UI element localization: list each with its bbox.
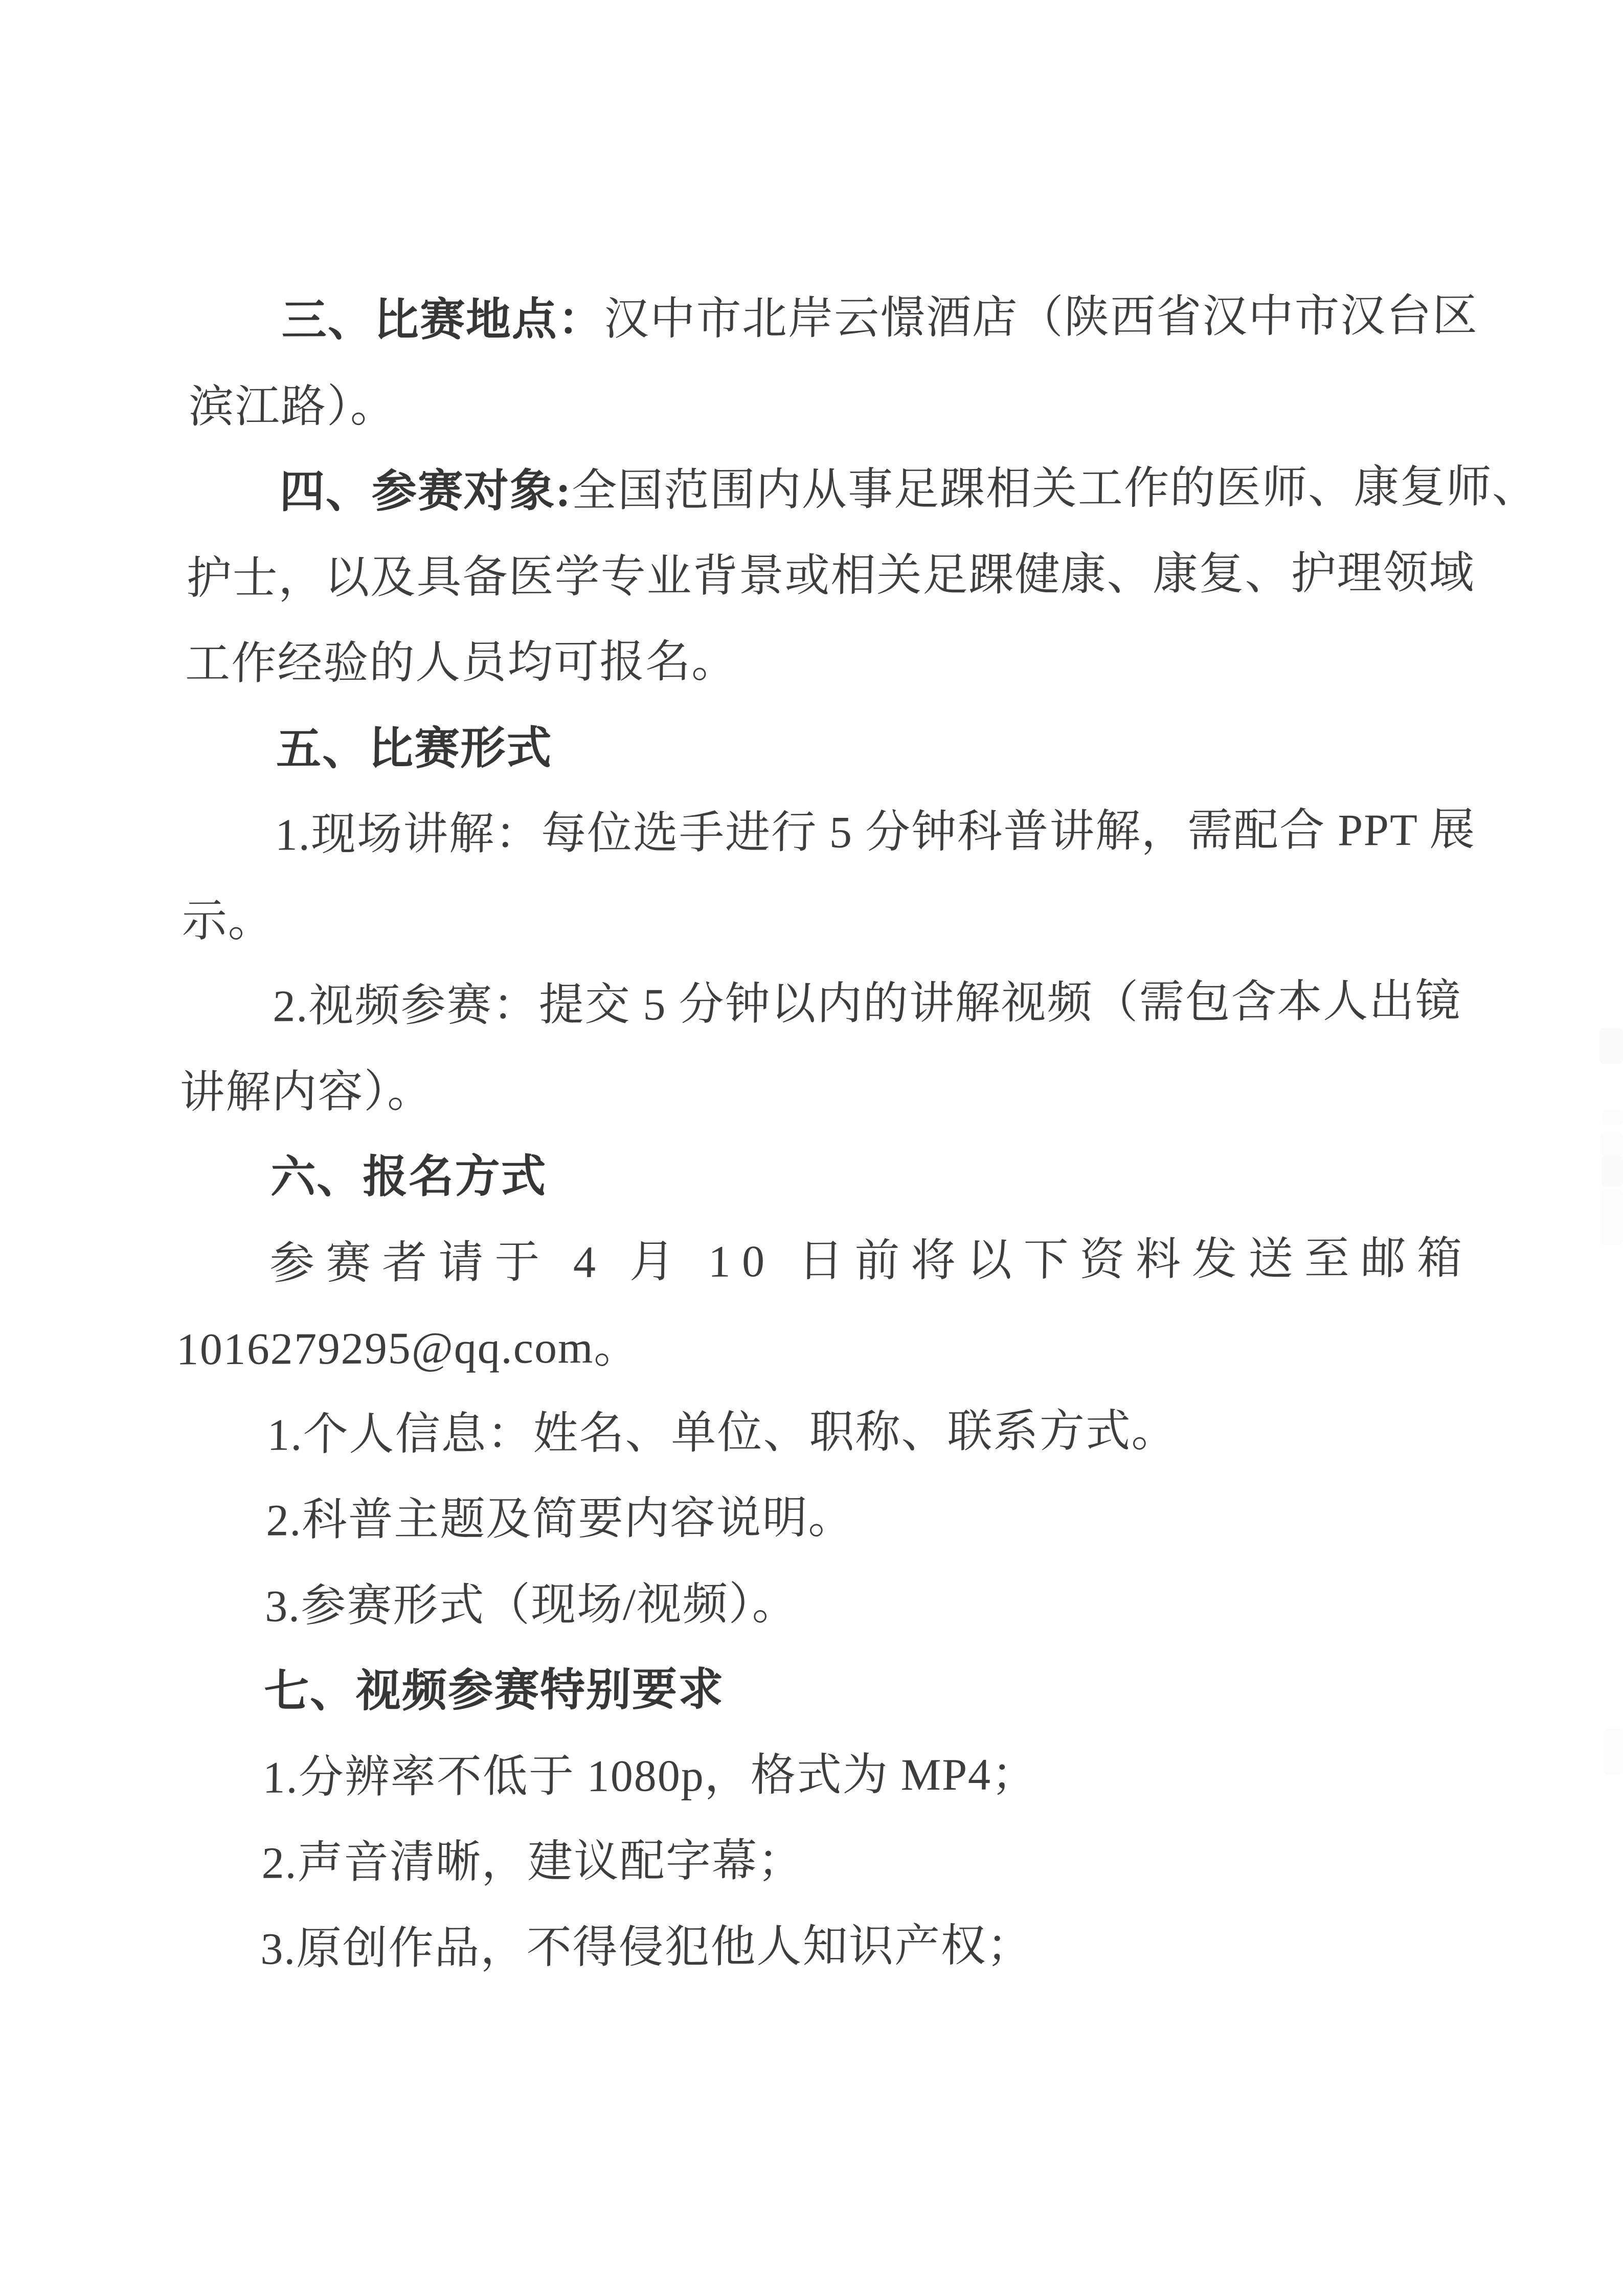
doc-line: 五、比赛形式 bbox=[276, 706, 553, 793]
line-text: 3.参赛形式（现场/视频）。 bbox=[265, 1579, 799, 1632]
line-text: 护士，以及具备医学专业背景或相关足踝健康、康复、护理领域 bbox=[186, 548, 1475, 604]
doc-line: 三、比赛地点：汉中市北岸云憬酒店（陕西省汉中市汉台区 bbox=[281, 273, 1479, 364]
scan-artifact bbox=[1601, 1133, 1623, 1156]
doc-line: 滨江路）。 bbox=[188, 364, 397, 451]
scan-artifact bbox=[1601, 1189, 1623, 1245]
line-text: 2.声音清晰，建议配字幕； bbox=[261, 1836, 804, 1888]
line-text: 讲解内容）。 bbox=[179, 1067, 434, 1118]
line-text: 1.个人信息：姓名、单位、职称、联系方式。 bbox=[267, 1407, 1178, 1460]
scanned-document-page: 三、比赛地点：汉中市北岸云憬酒店（陕西省汉中市汉台区 滨江路）。 四、参赛对象:… bbox=[0, 0, 1623, 2296]
doc-line: 1.分辨率不低于 1080p，格式为 MP4； bbox=[262, 1732, 1038, 1821]
doc-line: 3.参赛形式（现场/视频）。 bbox=[264, 1562, 799, 1650]
doc-line: 工作经验的人员均可报名。 bbox=[185, 619, 738, 708]
scan-artifact bbox=[1599, 1028, 1623, 1064]
document-text-block: 三、比赛地点：汉中市北岸云憬酒店（陕西省汉中市汉台区 滨江路）。 四、参赛对象:… bbox=[0, 0, 1623, 2296]
email-address: 1016279295@qq.com。 bbox=[176, 1323, 640, 1374]
doc-line: 3.原创作品，不得侵犯他人知识产权； bbox=[260, 1903, 1033, 1993]
line-text: 参赛者请于 4 月 10 日前将以下资料发送至邮箱 bbox=[269, 1234, 1473, 1288]
line-text: 工作经验的人员均可报名。 bbox=[185, 637, 738, 689]
doc-line: 护士，以及具备医学专业背景或相关足踝健康、康复、护理领域 bbox=[186, 530, 1476, 622]
line-text: 汉中市北岸云憬酒店（陕西省汉中市汉台区 bbox=[604, 291, 1479, 344]
line-text: 2.科普主题及简要内容说明。 bbox=[266, 1493, 854, 1546]
section-heading-venue: 三、比赛地点： bbox=[282, 295, 604, 346]
section-heading-registration: 六、报名方式 bbox=[270, 1152, 547, 1202]
line-text: 3.原创作品，不得侵犯他人知识产权； bbox=[260, 1921, 1033, 1974]
line-text: 1.分辨率不低于 1080p，格式为 MP4； bbox=[262, 1750, 1038, 1803]
doc-line: 示。 bbox=[182, 879, 275, 965]
scan-artifact bbox=[1603, 1110, 1623, 1125]
doc-line: 1.现场讲解：每位选手进行 5 分钟科普讲解，需配合 PPT 展 bbox=[275, 787, 1476, 878]
doc-line: 2.视频参赛：提交 5 分钟以内的讲解视频（需包含本人出镜 bbox=[273, 958, 1462, 1050]
doc-line: 1016279295@qq.com。 bbox=[176, 1305, 641, 1393]
doc-line: 四、参赛对象:全国范围内从事足踝相关工作的医师、康复师、 bbox=[279, 444, 1539, 536]
section-heading-participants: 四、参赛对象: bbox=[279, 466, 572, 517]
line-text: 滨江路）。 bbox=[188, 382, 396, 433]
doc-line: 讲解内容）。 bbox=[179, 1049, 434, 1136]
doc-line: 2.声音清晰，建议配字幕； bbox=[261, 1818, 804, 1907]
line-text: 2.视频参赛：提交 5 分钟以内的讲解视频（需包含本人出镜 bbox=[273, 976, 1461, 1031]
doc-line: 六、报名方式 bbox=[270, 1134, 547, 1221]
line-text: 全国范围内从事足踝相关工作的医师、康复师、 bbox=[572, 462, 1539, 516]
scan-artifact bbox=[1604, 1729, 1623, 1775]
line-text: 1.现场讲解：每位选手进行 5 分钟科普讲解，需配合 PPT 展 bbox=[275, 805, 1476, 860]
section-heading-format: 五、比赛形式 bbox=[276, 724, 553, 774]
doc-line: 1.个人信息：姓名、单位、职称、联系方式。 bbox=[267, 1389, 1178, 1479]
scan-artifact bbox=[1602, 1156, 1623, 1187]
line-text: 示。 bbox=[182, 897, 274, 947]
doc-line: 参赛者请于 4 月 10 日前将以下资料发送至邮箱 bbox=[269, 1216, 1474, 1307]
doc-line: 七、视频参赛特别要求 bbox=[263, 1647, 725, 1735]
section-heading-video-requirements: 七、视频参赛特别要求 bbox=[264, 1665, 725, 1717]
doc-line: 2.科普主题及简要内容说明。 bbox=[265, 1476, 854, 1564]
